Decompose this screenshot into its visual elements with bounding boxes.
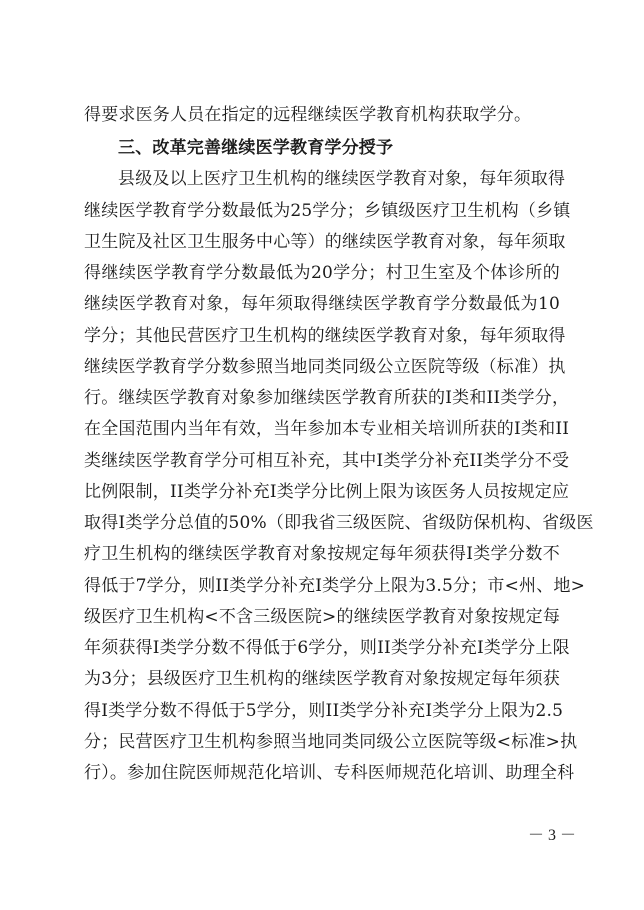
paragraph-line: 学分；其他民营医疗卫生机构的继续医学教育对象，每年须取得 [84,325,560,347]
paragraph-line: 继续医学教育学分数参照当地同类同级公立医院等级（标准）执 [84,356,560,378]
paragraph-line: 继续医学教育对象，每年须取得继续医学教育学分数最低为10 [84,293,560,315]
paragraph-line: 卫生院及社区卫生服务中心等）的继续医学教育对象，每年须取 [84,231,560,253]
paragraph-line: 比例限制，II类学分补充I类学分比例上限为该医务人员按规定应 [84,481,560,503]
paragraph-line: 得I类学分数不得低于5学分，则II类学分补充I类学分上限为2.5 [84,700,560,722]
page-number: － 3 － [528,822,576,845]
paragraph-line: 得低于7学分，则II类学分补充I类学分上限为3.5分；市<州、地> [84,575,560,597]
paragraph-line: 分；民营医疗卫生机构参照当地同类同级公立医院等级<标准>执 [84,731,560,753]
paragraph-line: 为3分；县级医疗卫生机构的继续医学教育对象按规定每年须获 [84,668,560,690]
paragraph-line: 在全国范围内当年有效，当年参加本专业相关培训所获的I类和II [84,418,560,440]
paragraph-line: 疗卫生机构的继续医学教育对象按规定每年须获得I类学分数不 [84,543,560,565]
section-heading: 三、改革完善继续医学教育学分授予 [118,137,393,159]
paragraph-line: 得继续医学教育学分数最低为20学分；村卫生室及个体诊所的 [84,262,560,284]
paragraph-line: 行。继续医学教育对象参加继续医学教育所获的I类和II类学分， [84,387,560,409]
paragraph-line: 得要求医务人员在指定的远程继续医学教育机构获取学分。 [84,104,560,126]
paragraph-line: 县级及以上医疗卫生机构的继续医学教育对象，每年须取得 [118,168,560,190]
paragraph-line: 级医疗卫生机构<不含三级医院>的继续医学教育对象按规定每 [84,606,560,628]
paragraph-line: 取得I类学分总值的50%（即我省三级医院、省级防保机构、省级医 [84,512,560,534]
paragraph-line: 继续医学教育学分数最低为25学分；乡镇级医疗卫生机构（乡镇 [84,200,560,222]
paragraph-line: 类继续医学教育学分可相互补充，其中I类学分补充II类学分不受 [84,450,560,472]
document-page: 得要求医务人员在指定的远程继续医学教育机构获取学分。 三、改革完善继续医学教育学… [0,0,644,910]
paragraph-line: 行）。参加住院医师规范化培训、专科医师规范化培训、助理全科 [84,762,560,784]
paragraph-line: 年须获得I类学分数不得低于6学分，则II类学分补充I类学分上限 [84,637,560,659]
